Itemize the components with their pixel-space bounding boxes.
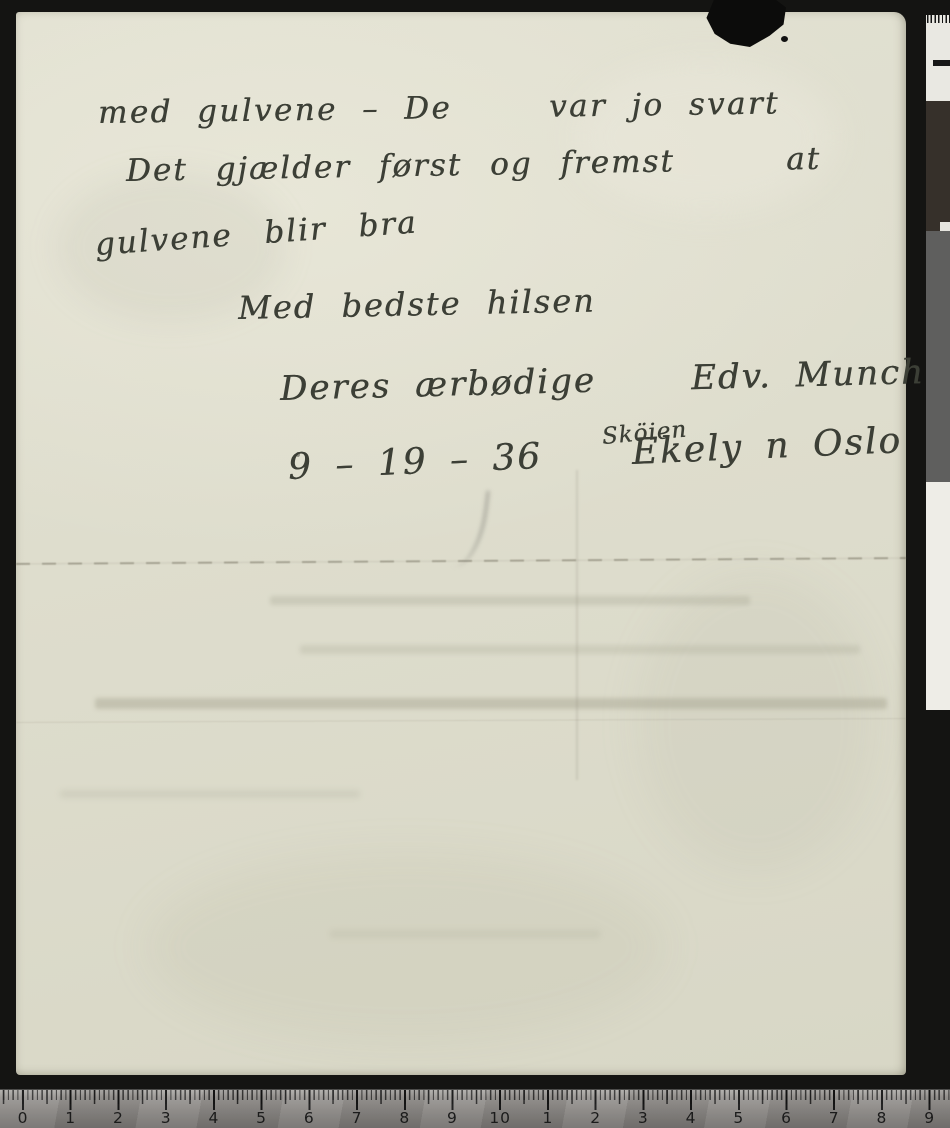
- scanned-letter-photo: med gulvene – De var jo svart Det gjælde…: [0, 0, 950, 1128]
- ruler-number: 6: [781, 1109, 792, 1127]
- ruler-number: 2: [113, 1109, 124, 1127]
- paper-highlight: [576, 62, 836, 212]
- letter-body-line-3: gulvene blir bra: [94, 207, 419, 260]
- ruler-number: 9: [924, 1109, 935, 1127]
- ruler-number: 0: [18, 1109, 29, 1127]
- calibration-patch-notch: [940, 222, 950, 231]
- pencil-smudge: [435, 486, 489, 571]
- centimeter-ruler: 012345678910123456789: [0, 1089, 950, 1128]
- ruler-number: 8: [399, 1109, 410, 1127]
- ruler-millimeter-ticks: [0, 1090, 950, 1100]
- paper-stain: [146, 852, 666, 1042]
- calibration-patch-gray: [926, 231, 950, 482]
- letter-body-line-2: Det gjælder først og fremst at: [126, 144, 822, 187]
- letter-body-line-1: med gulvene – De var jo svart: [98, 88, 780, 129]
- calibration-patch-dark-brown: [926, 101, 950, 231]
- ruler-number: 4: [686, 1109, 697, 1127]
- vertical-fold-crease: [576, 470, 578, 780]
- date-and-place-line: 9 – 19 – 36 Ekely n Oslo: [287, 423, 903, 486]
- ruler-number: 3: [161, 1109, 172, 1127]
- paper-stain: [636, 572, 876, 872]
- ruler-number: 1: [542, 1109, 553, 1127]
- ruler-number: 8: [877, 1109, 888, 1127]
- calibration-patch-white-scale: [926, 15, 950, 101]
- ruler-number: 5: [256, 1109, 267, 1127]
- ruler-number: 3: [638, 1109, 649, 1127]
- ruler-centimeter-ticks: [0, 1090, 950, 1110]
- ruler-number: 7: [352, 1109, 363, 1127]
- ruler-number: 4: [208, 1109, 219, 1127]
- ruler-number: 1: [65, 1109, 76, 1127]
- calibration-scale-bar: [933, 60, 950, 66]
- letter-page: med gulvene – De var jo svart Det gjælde…: [16, 12, 906, 1075]
- ruler-number: 6: [304, 1109, 315, 1127]
- letter-closing-line: Med bedste hilsen: [238, 285, 596, 324]
- ink-showthrough: [270, 596, 750, 605]
- tape-fragment-dot: [781, 36, 788, 42]
- horizontal-fold-crease: [16, 718, 906, 723]
- ruler-half-centimeter-ticks: [0, 1090, 950, 1104]
- ruler-number: 10: [489, 1109, 511, 1127]
- ink-showthrough: [60, 790, 360, 798]
- ruler-number: 5: [733, 1109, 744, 1127]
- ruler-number: 9: [447, 1109, 458, 1127]
- ink-showthrough: [95, 698, 887, 709]
- ruler-number: 7: [829, 1109, 840, 1127]
- ink-showthrough: [330, 930, 600, 938]
- ink-showthrough: [300, 645, 860, 654]
- calibration-patch-white: [926, 482, 950, 710]
- signature-line: Deres ærbødige Edv. Munch: [280, 355, 926, 406]
- ruler-number: 2: [590, 1109, 601, 1127]
